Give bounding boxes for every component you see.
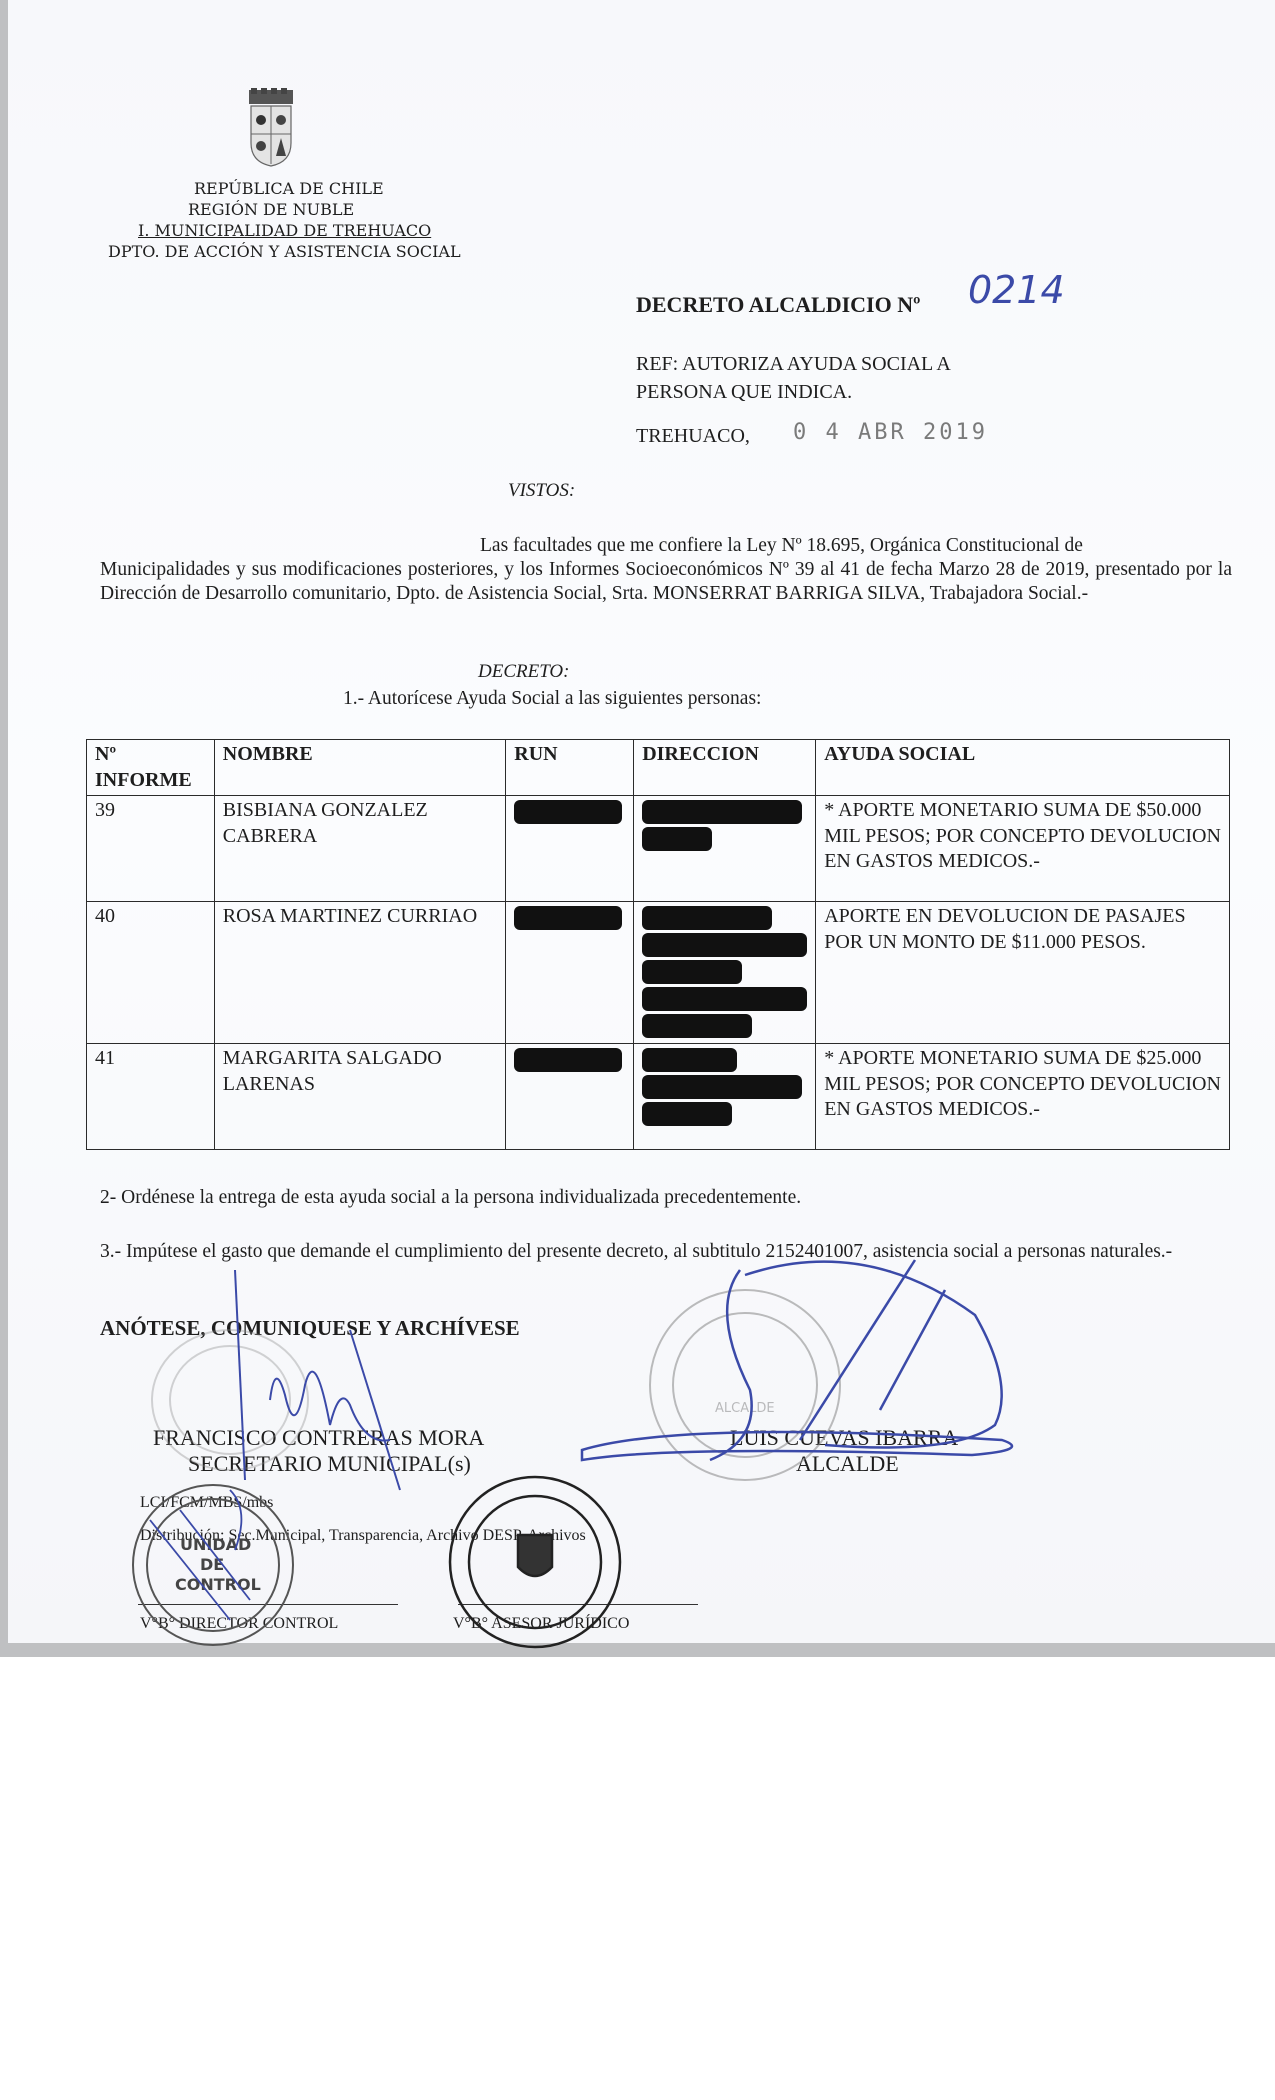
document-page: REPÚBLICA DE CHILE REGIÓN DE NUBLE I. MU… [8,0,1275,1643]
place-label: TREHUACO, [636,425,750,448]
redaction-bar [514,906,622,930]
header-region: REGIÓN DE NUBLE [188,199,354,220]
reference-line-2: PERSONA QUE INDICA. [636,378,951,406]
table-row: 39 BISBIANA GONZALEZ CABRERA * APORTE MO… [87,796,1230,902]
secretario-title: SECRETARIO MUNICIPAL(s) [188,1451,471,1477]
cell-ayuda: APORTE EN DEVOLUCION DE PASAJES POR UN M… [816,902,1230,1044]
cell-run [506,902,634,1044]
alcalde-name: LUIS CUEVAS IBARRA [730,1425,958,1451]
distribution-line: Distribución: Sec.Municipal, Transparenc… [140,1527,586,1545]
cell-nombre: BISBIANA GONZALEZ CABRERA [214,796,506,902]
vistos-heading: VISTOS: [508,480,575,502]
vistos-body: Municipalidades y sus modificaciones pos… [100,558,1232,606]
decreto-item-3: 3.- Impútese el gasto que demande el cum… [100,1240,1200,1264]
cell-nombre: MARGARITA SALGADO LARENAS [214,1044,506,1150]
header-municipality: I. MUNICIPALIDAD DE TREHUACO [138,220,431,241]
reference-line-1: REF: AUTORIZA AYUDA SOCIAL A [636,350,951,378]
col-header-informe: Nº INFORME [87,740,215,796]
table-row: 40 ROSA MARTINEZ CURRIAO APORTE EN DEVOL… [87,902,1230,1044]
redaction-bar [514,1048,622,1072]
alcalde-title: ALCALDE [796,1451,899,1477]
redaction-bar [642,906,772,930]
redaction-bar [642,827,712,851]
redaction-bar [642,960,742,984]
decreto-heading: DECRETO: [478,661,569,683]
cell-informe: 41 [87,1044,215,1150]
vb-juridico-label: V°B° ASESOR JURÍDICO [453,1615,629,1633]
header-department: DPTO. DE ACCIÓN Y ASISTENCIA SOCIAL [108,241,461,262]
redaction-bar [514,800,622,824]
cell-direccion [634,902,816,1044]
decree-title: DECRETO ALCALDICIO Nº [636,292,920,318]
cell-run [506,1044,634,1150]
signature-rule-control [138,1604,398,1605]
redaction-bar [642,1014,752,1038]
vistos-first-line: Las facultades que me confiere la Ley Nº… [480,534,1232,558]
col-header-ayuda: AYUDA SOCIAL [816,740,1230,796]
beneficiaries-table: Nº INFORME NOMBRE RUN DIRECCION AYUDA SO… [86,739,1230,1150]
cell-direccion [634,1044,816,1150]
reference-block: REF: AUTORIZA AYUDA SOCIAL A PERSONA QUE… [636,350,951,406]
date-stamp: 0 4 ABR 2019 [793,420,988,445]
table-header-row: Nº INFORME NOMBRE RUN DIRECCION AYUDA SO… [87,740,1230,796]
redaction-bar [642,987,807,1011]
cell-nombre: ROSA MARTINEZ CURRIAO [214,902,506,1044]
decree-number-handwritten: 0214 [968,268,1065,312]
header-republic: REPÚBLICA DE CHILE [194,178,384,199]
decreto-item-1: 1.- Autorícese Ayuda Social a las siguie… [343,687,761,711]
cell-informe: 40 [87,902,215,1044]
col-header-run: RUN [506,740,634,796]
secretario-name: FRANCISCO CONTRERAS MORA [153,1425,484,1451]
cell-direccion [634,796,816,902]
table-row: 41 MARGARITA SALGADO LARENAS * APORTE MO… [87,1044,1230,1150]
col-header-nombre: NOMBRE [214,740,506,796]
signature-rule-juridico [458,1604,698,1605]
initials-line: LCI/FCM/MBS/mbs [140,1494,273,1512]
cell-ayuda: * APORTE MONETARIO SUMA DE $25.000 MIL P… [816,1044,1230,1150]
redaction-bar [642,933,807,957]
vb-control-label: V°B° DIRECTOR CONTROL [140,1615,338,1633]
closing-line: ANÓTESE, COMUNIQUESE Y ARCHÍVESE [100,1316,520,1341]
cell-ayuda: * APORTE MONETARIO SUMA DE $50.000 MIL P… [816,796,1230,902]
cell-run [506,796,634,902]
redaction-bar [642,1048,737,1072]
redaction-bar [642,800,802,824]
redaction-bar [642,1102,732,1126]
redaction-bar [642,1075,802,1099]
coat-of-arms-icon [246,88,296,168]
col-header-direccion: DIRECCION [634,740,816,796]
cell-informe: 39 [87,796,215,902]
decreto-item-2: 2- Ordénese la entrega de esta ayuda soc… [100,1186,801,1210]
